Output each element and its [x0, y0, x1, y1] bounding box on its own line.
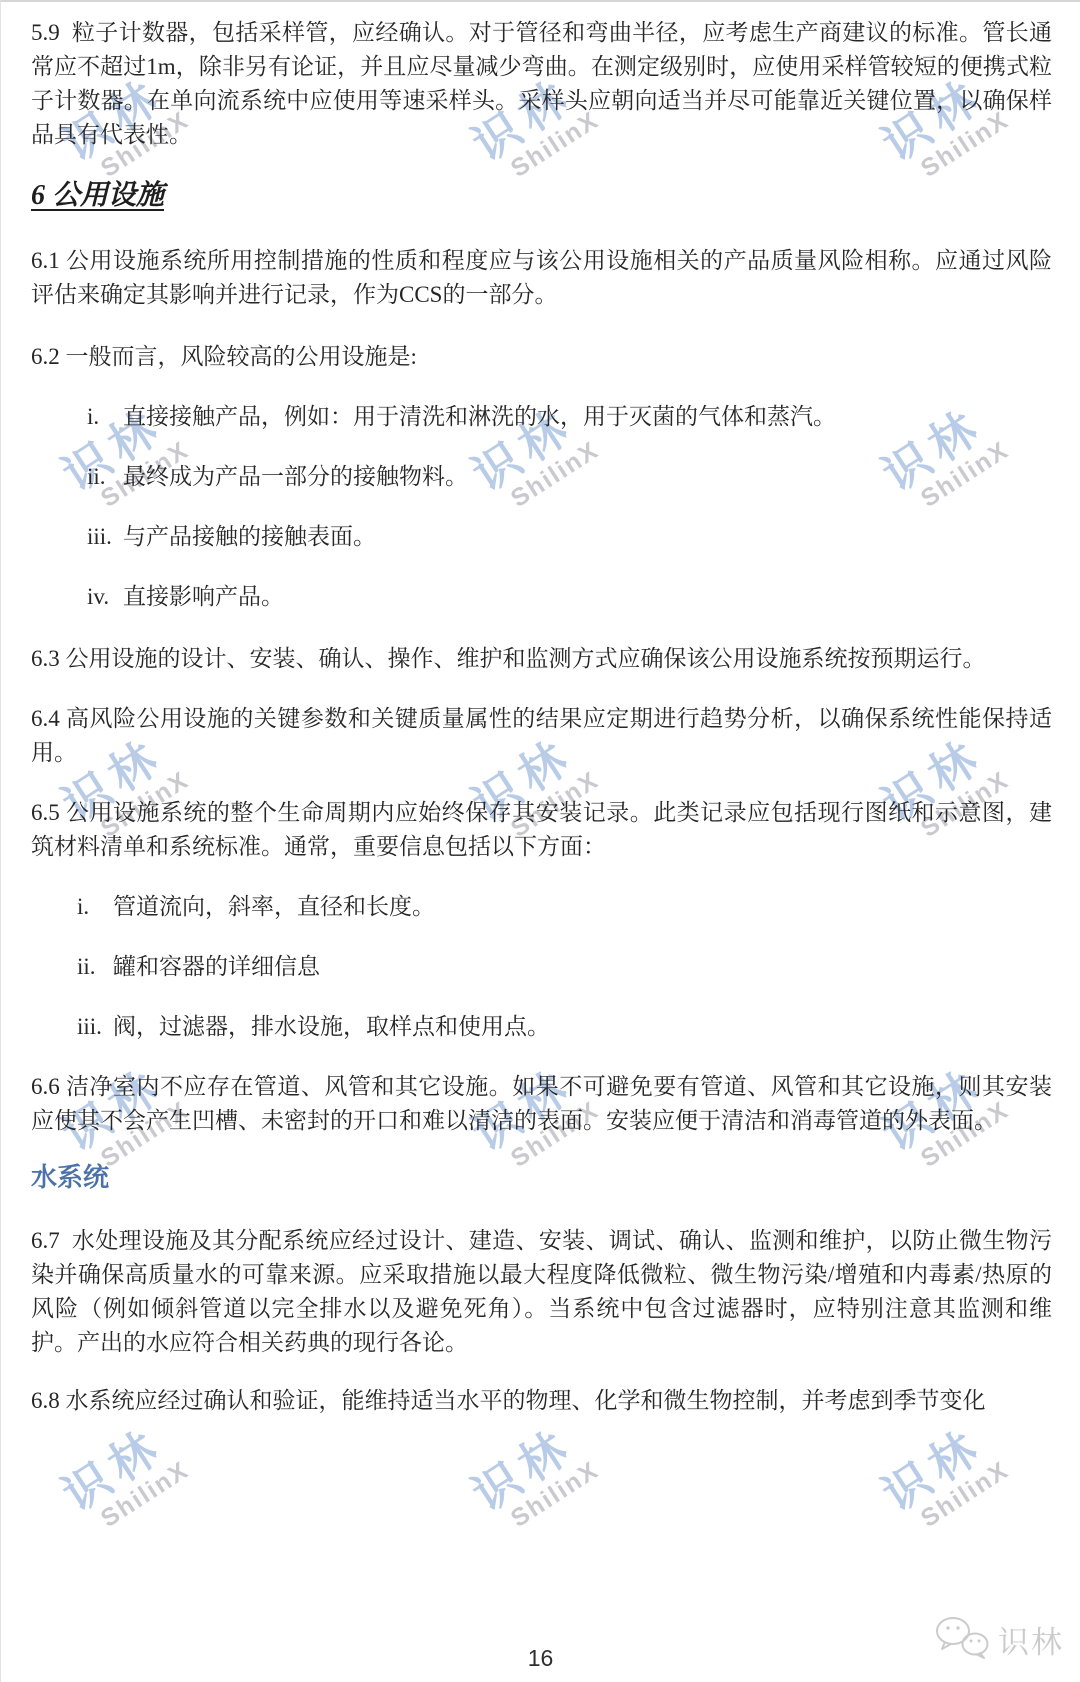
watermark-en: ShilinX — [96, 1456, 195, 1534]
list-item-text: 直接接触产品，例如：用于清洗和淋洗的水，用于灭菌的气体和蒸汽。 — [123, 400, 1052, 434]
watermark: 识林ShilinX — [868, 1405, 1014, 1543]
paragraph-6-5: 6.5 公用设施系统的整个生命周期内应始终保存其安装记录。此类记录应包括现行图纸… — [31, 796, 1052, 864]
paragraph-6-3: 6.3 公用设施的设计、安装、确认、操作、维护和监测方式应确保该公用设施系统按预… — [31, 642, 1052, 676]
watermark: 识林ShilinX — [48, 1405, 194, 1543]
paragraph-6-1: 6.1 公用设施系统所用控制措施的性质和程度应与该公用设施相关的产品质量风险相称… — [31, 244, 1052, 312]
list-marker: i. — [31, 890, 113, 924]
list-item: i. 管道流向，斜率，直径和长度。 — [31, 890, 1052, 924]
watermark-en: ShilinX — [506, 1456, 605, 1534]
list-item: iv. 直接影响产品。 — [31, 580, 1052, 614]
list-item-text: 直接影响产品。 — [123, 580, 1052, 614]
list-item: iii. 阀，过滤器，排水设施，取样点和使用点。 — [31, 1010, 1052, 1044]
watermark-en: ShilinX — [916, 1456, 1015, 1534]
list-item-text: 最终成为产品一部分的接触物料。 — [123, 460, 1052, 494]
paragraph-6-2: 6.2 一般而言，风险较高的公用设施是: — [31, 340, 1052, 374]
watermark-cn: 识林 — [868, 1410, 995, 1524]
list-marker: i. — [31, 400, 123, 434]
list-marker: ii. — [31, 950, 113, 984]
list-marker: ii. — [31, 460, 123, 494]
section-6-heading-text: 6 公用设施 — [31, 180, 164, 211]
list-item: i. 直接接触产品，例如：用于清洗和淋洗的水，用于灭菌的气体和蒸汽。 — [31, 400, 1052, 434]
watermark-cn: 识林 — [458, 1410, 585, 1524]
water-system-heading: 水系统 — [31, 1160, 1052, 1194]
list-item: iii. 与产品接触的接触表面。 — [31, 520, 1052, 554]
watermark-cn: 识林 — [48, 1410, 175, 1524]
list-item-text: 与产品接触的接触表面。 — [123, 520, 1052, 554]
list-item-text: 管道流向，斜率，直径和长度。 — [113, 890, 1052, 924]
list-item-text: 罐和容器的详细信息 — [113, 950, 1052, 984]
paragraph-6-8: 6.8 水系统应经过确认和验证，能维持适当水平的物理、化学和微生物控制，并考虑到… — [31, 1384, 1052, 1418]
list-marker: iii. — [31, 520, 123, 554]
document-page: 识林ShilinX 识林ShilinX 识林ShilinX 识林ShilinX … — [0, 0, 1080, 1682]
section-6-heading: 6 公用设施 — [31, 178, 1052, 214]
paragraph-5-9: 5.9 粒子计数器，包括采样管，应经确认。对于管径和弯曲半径，应考虑生产商建议的… — [31, 16, 1052, 152]
document-content: 5.9 粒子计数器，包括采样管，应经确认。对于管径和弯曲半径，应考虑生产商建议的… — [1, 2, 1080, 1418]
list-item: ii. 最终成为产品一部分的接触物料。 — [31, 460, 1052, 494]
watermark: 识林ShilinX — [458, 1405, 604, 1543]
list-marker: iii. — [31, 1010, 113, 1044]
list-marker: iv. — [31, 580, 123, 614]
paragraph-6-7: 6.7 水处理设施及其分配系统应经过设计、建造、安装、调试、确认、监测和维护，以… — [31, 1224, 1052, 1360]
page-number: 16 — [1, 1645, 1080, 1672]
paragraph-6-4: 6.4 高风险公用设施的关键参数和关键质量属性的结果应定期进行趋势分析，以确保系… — [31, 702, 1052, 770]
list-item: ii. 罐和容器的详细信息 — [31, 950, 1052, 984]
list-item-text: 阀，过滤器，排水设施，取样点和使用点。 — [113, 1010, 1052, 1044]
paragraph-6-6: 6.6 洁净室内不应存在管道、风管和其它设施。如果不可避免要有管道、风管和其它设… — [31, 1070, 1052, 1138]
